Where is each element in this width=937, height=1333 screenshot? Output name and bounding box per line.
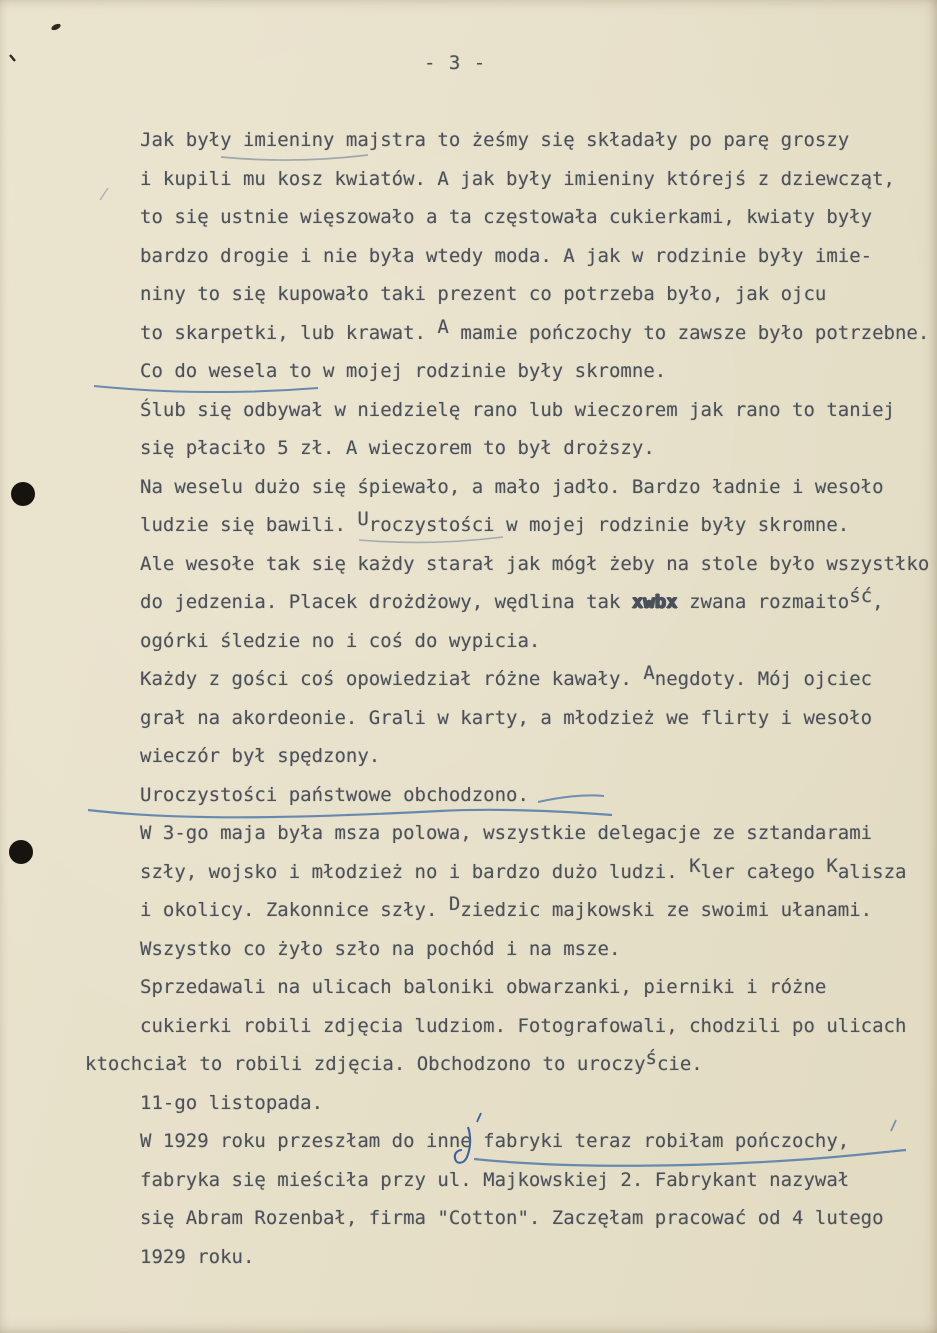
- text-line: 11-go listopada.: [0, 1084, 937, 1123]
- raised-letter: D: [449, 893, 460, 915]
- text-line: się Abram Rozenbał, firma "Cotton". Zacz…: [0, 1199, 937, 1238]
- text-line: szły, wojsko i młodzież no i bardzo dużo…: [0, 853, 937, 892]
- text-line: Jak były imieniny majstra to żeśmy się s…: [0, 121, 937, 160]
- text-line: i okolicy. Zakonnice szły. Dziedzic majk…: [0, 891, 937, 930]
- typed-over-strikeout: xwbx: [632, 591, 678, 613]
- text-line: do jedzenia. Placek drożdżowy, wędlina t…: [0, 583, 937, 622]
- text-line: Co do wesela to w mojej rodzinie były sk…: [0, 352, 937, 391]
- raised-letter: K: [689, 855, 700, 877]
- ink-speck-top: [50, 23, 61, 32]
- text-line: i kupili mu kosz kwiatów. A jak były imi…: [0, 160, 937, 199]
- text-line: ogórki śledzie no i coś do wypicia.: [0, 622, 937, 661]
- raised-letter: K: [826, 855, 837, 877]
- text-line: 1929 roku.: [0, 1238, 937, 1277]
- text-line: cukierki robili zdjęcia ludziom. Fotogra…: [0, 1007, 937, 1046]
- text-line: Na weselu dużo się śpiewało, a mało jadł…: [0, 468, 937, 507]
- text-line: Ślub się odbywał w niedzielę rano lub wi…: [0, 391, 937, 430]
- text-line: niny to się kupowało taki prezent co pot…: [0, 275, 937, 314]
- raised-letter: U: [357, 508, 368, 530]
- page-number: - 3 -: [424, 44, 486, 82]
- raised-letter: A: [643, 662, 654, 684]
- scanned-typewritten-page: - 3 - Jak były imieniny majstra to żeśmy…: [0, 0, 937, 1333]
- text-line: wieczór był spędzony.: [0, 737, 937, 776]
- text-line: bardzo drogie i nie była wtedy moda. A j…: [0, 237, 937, 276]
- text-line: Wszystko co żyło szło na pochód i na msz…: [0, 930, 937, 969]
- text-line: grał na akordeonie. Grali w karty, a mło…: [0, 699, 937, 738]
- ink-speck-left: [10, 55, 15, 61]
- text-line: W 3-go maja była msza polowa, wszystkie …: [0, 814, 937, 853]
- text-line: ktochciał to robili zdjęcia. Obchodzono …: [0, 1045, 937, 1084]
- raised-letter: ść: [849, 585, 872, 607]
- raised-letter: A: [437, 316, 448, 338]
- text-line: ludzie się bawili. Uroczystości w mojej …: [0, 506, 937, 545]
- text-line: to się ustnie więszowało a ta częstowała…: [0, 198, 937, 237]
- text-line: W 1929 roku przeszłam do inne fabryki te…: [0, 1122, 937, 1161]
- raised-letter: ś: [646, 1047, 657, 1069]
- text-line: Sprzedawali na ulicach baloniki obwarzan…: [0, 968, 937, 1007]
- text-line: się płaciło 5 zł. A wieczorem to był dro…: [0, 429, 937, 468]
- text-line: to skarpetki, lub krawat. A mamie pończo…: [0, 314, 937, 353]
- text-line: fabryka się mieściła przy ul. Majkowskie…: [0, 1161, 937, 1200]
- text-line: Każdy z gości coś opowiedział różne kawa…: [0, 660, 937, 699]
- text-line: Ale wesołe tak się każdy starał jak mógł…: [0, 545, 937, 584]
- document-text: Jak były imieniny majstra to żeśmy się s…: [0, 121, 937, 1276]
- text-line: Uroczystości państwowe obchodzono.: [0, 776, 937, 815]
